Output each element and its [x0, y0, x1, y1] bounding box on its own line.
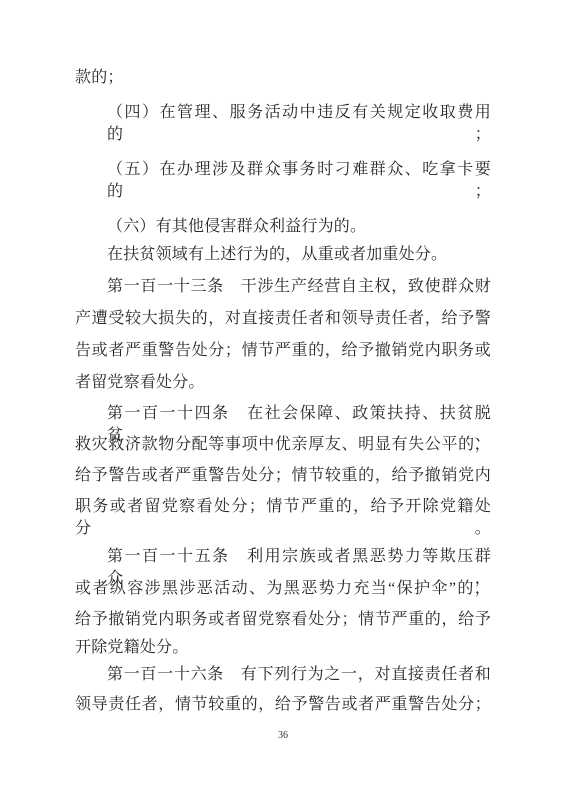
text-line: 在扶贫领域有上述行为的，从重或者加重处分。: [75, 244, 491, 266]
text-line: 救灾救济款物分配等事项中优亲厚友、明显有失公平的，: [75, 434, 491, 456]
text-line: 第一百一十六条 有下列行为之一，对直接责任者和: [75, 664, 491, 686]
text-line: 第一百一十五条 利用宗族或者黑恶势力等欺压群众，: [75, 546, 491, 568]
text-line: （四）在管理、服务活动中违反有关规定收取费用的；: [75, 102, 491, 124]
page-text-body: 款的；（四）在管理、服务活动中违反有关规定收取费用的；（五）在办理涉及群众事务时…: [0, 0, 566, 800]
text-line: 领导责任者，情节较重的，给予警告或者严重警告处分；: [75, 694, 491, 716]
text-line: 职务或者留党察看处分；情节严重的，给予开除党籍处分。: [75, 496, 491, 518]
text-line: 给予撤销党内职务或者留党察看处分；情节严重的，给予: [75, 609, 491, 631]
text-line: 告或者严重警告处分；情节严重的，给予撤销党内职务或: [75, 340, 491, 362]
text-line: 给予警告或者严重警告处分；情节较重的，给予撤销党内: [75, 465, 491, 487]
page-number: 36: [0, 729, 566, 743]
text-line: 或者纵容涉黑涉恶活动、为黑恶势力充当“保护伞”的，: [75, 578, 491, 600]
text-line: （五）在办理涉及群众事务时刁难群众、吃拿卡要的；: [75, 159, 491, 181]
text-line: 第一百一十四条 在社会保障、政策扶持、扶贫脱贫、: [75, 403, 491, 425]
text-line: 产遭受较大损失的，对直接责任者和领导责任者，给予警: [75, 308, 491, 330]
document-page: 款的；（四）在管理、服务活动中违反有关规定收取费用的；（五）在办理涉及群众事务时…: [0, 0, 566, 800]
text-line: 者留党察看处分。: [75, 372, 491, 394]
text-line: （六）有其他侵害群众利益行为的。: [75, 216, 491, 238]
text-line: 第一百一十三条 干涉生产经营自主权，致使群众财: [75, 276, 491, 298]
text-line: 开除党籍处分。: [75, 637, 491, 659]
text-line: 款的；: [75, 67, 491, 89]
